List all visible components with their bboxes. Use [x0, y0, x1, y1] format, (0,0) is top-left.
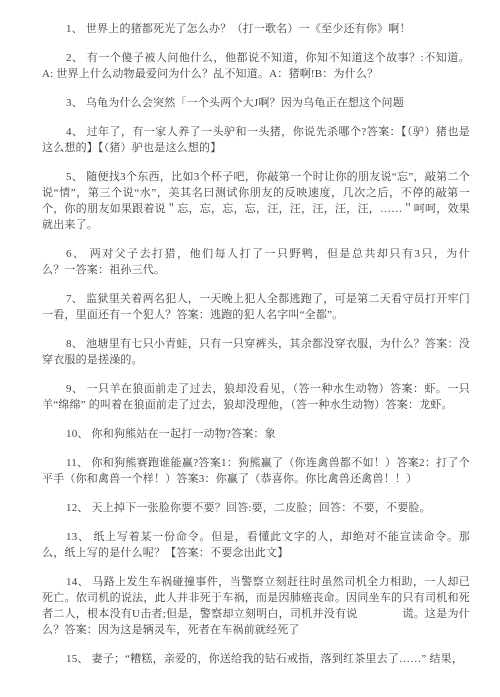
riddle-paragraph-9: 9、 一只羊在狼面前走了过去，狼却没看见，（答一种水生动物）答案：虾。一只羊“绵…: [42, 381, 470, 413]
riddle-paragraph-12: 12、 天上掉下一张脸你要不要？回答:要，二皮脸；回答：不要，不要脸。: [42, 500, 470, 516]
riddle-paragraph-15: 15、 妻子；“糟糕，亲爱的，你送给我的钻石戒指，落到红茶里去了……” 结果，: [42, 651, 470, 667]
riddle-paragraph-14: 14、 马路上发生车祸碰撞事件，当警察立刻赶往时虽然司机全力相助，一人却已死亡。…: [42, 574, 470, 638]
riddle-paragraph-6: 6、 两对父子去打猎，他们每人打了一只野鸭，但是总共却只有3只，为什 么？一答案…: [42, 246, 470, 278]
riddle-paragraph-13: 13、 纸上写着某一份命令。但是，看懂此文字的人，却绝对不能宣读命令。那么，纸上…: [42, 529, 470, 561]
riddle-paragraph-4: 4、 过年了，有一家人养了一头驴和一头猪，你说先杀哪个?答案：【（驴）猪也是这么…: [42, 124, 470, 156]
riddle-paragraph-5: 5、 随便找3个东西，比如3个杯子吧，你敲第一个时让你的朋友说“忘”，敲第二个说…: [42, 169, 470, 233]
riddle-paragraph-1: 1、 世界上的猪都死光了怎么办？（打一歌名）一《至少还有你》啊！: [42, 21, 470, 37]
riddle-paragraph-2: 2、 有一个傻子被人问他什么，他都说不知道，你知不知道这个故事？:不知道。A: …: [42, 50, 470, 82]
riddle-paragraph-10: 10、 你和狗熊站在一起打一动物?答案：象: [42, 426, 470, 442]
riddle-paragraph-3: 3、 乌龟为什么会突然「一个头两个大J啊？因为乌龟正在想这个问题: [42, 95, 470, 111]
riddle-paragraph-11: 11、 你和狗熊赛跑谁能赢?答案1：狗熊赢了（你连禽兽都不如！）答案2：打了个平…: [42, 455, 470, 487]
riddle-paragraph-8: 8、 池塘里有七只小青蛙，只有一只穿裤头，其余都没穿衣服，为什么？答案：没穿衣服…: [42, 336, 470, 368]
riddle-paragraph-7: 7、 监狱里关着两名犯人，一天晚上犯人全都逃跑了，可是第二天看守员打开牢门一看，…: [42, 291, 470, 323]
document-page: 1、 世界上的猪都死光了怎么办？（打一歌名）一《至少还有你》啊！ 2、 有一个傻…: [0, 0, 500, 697]
